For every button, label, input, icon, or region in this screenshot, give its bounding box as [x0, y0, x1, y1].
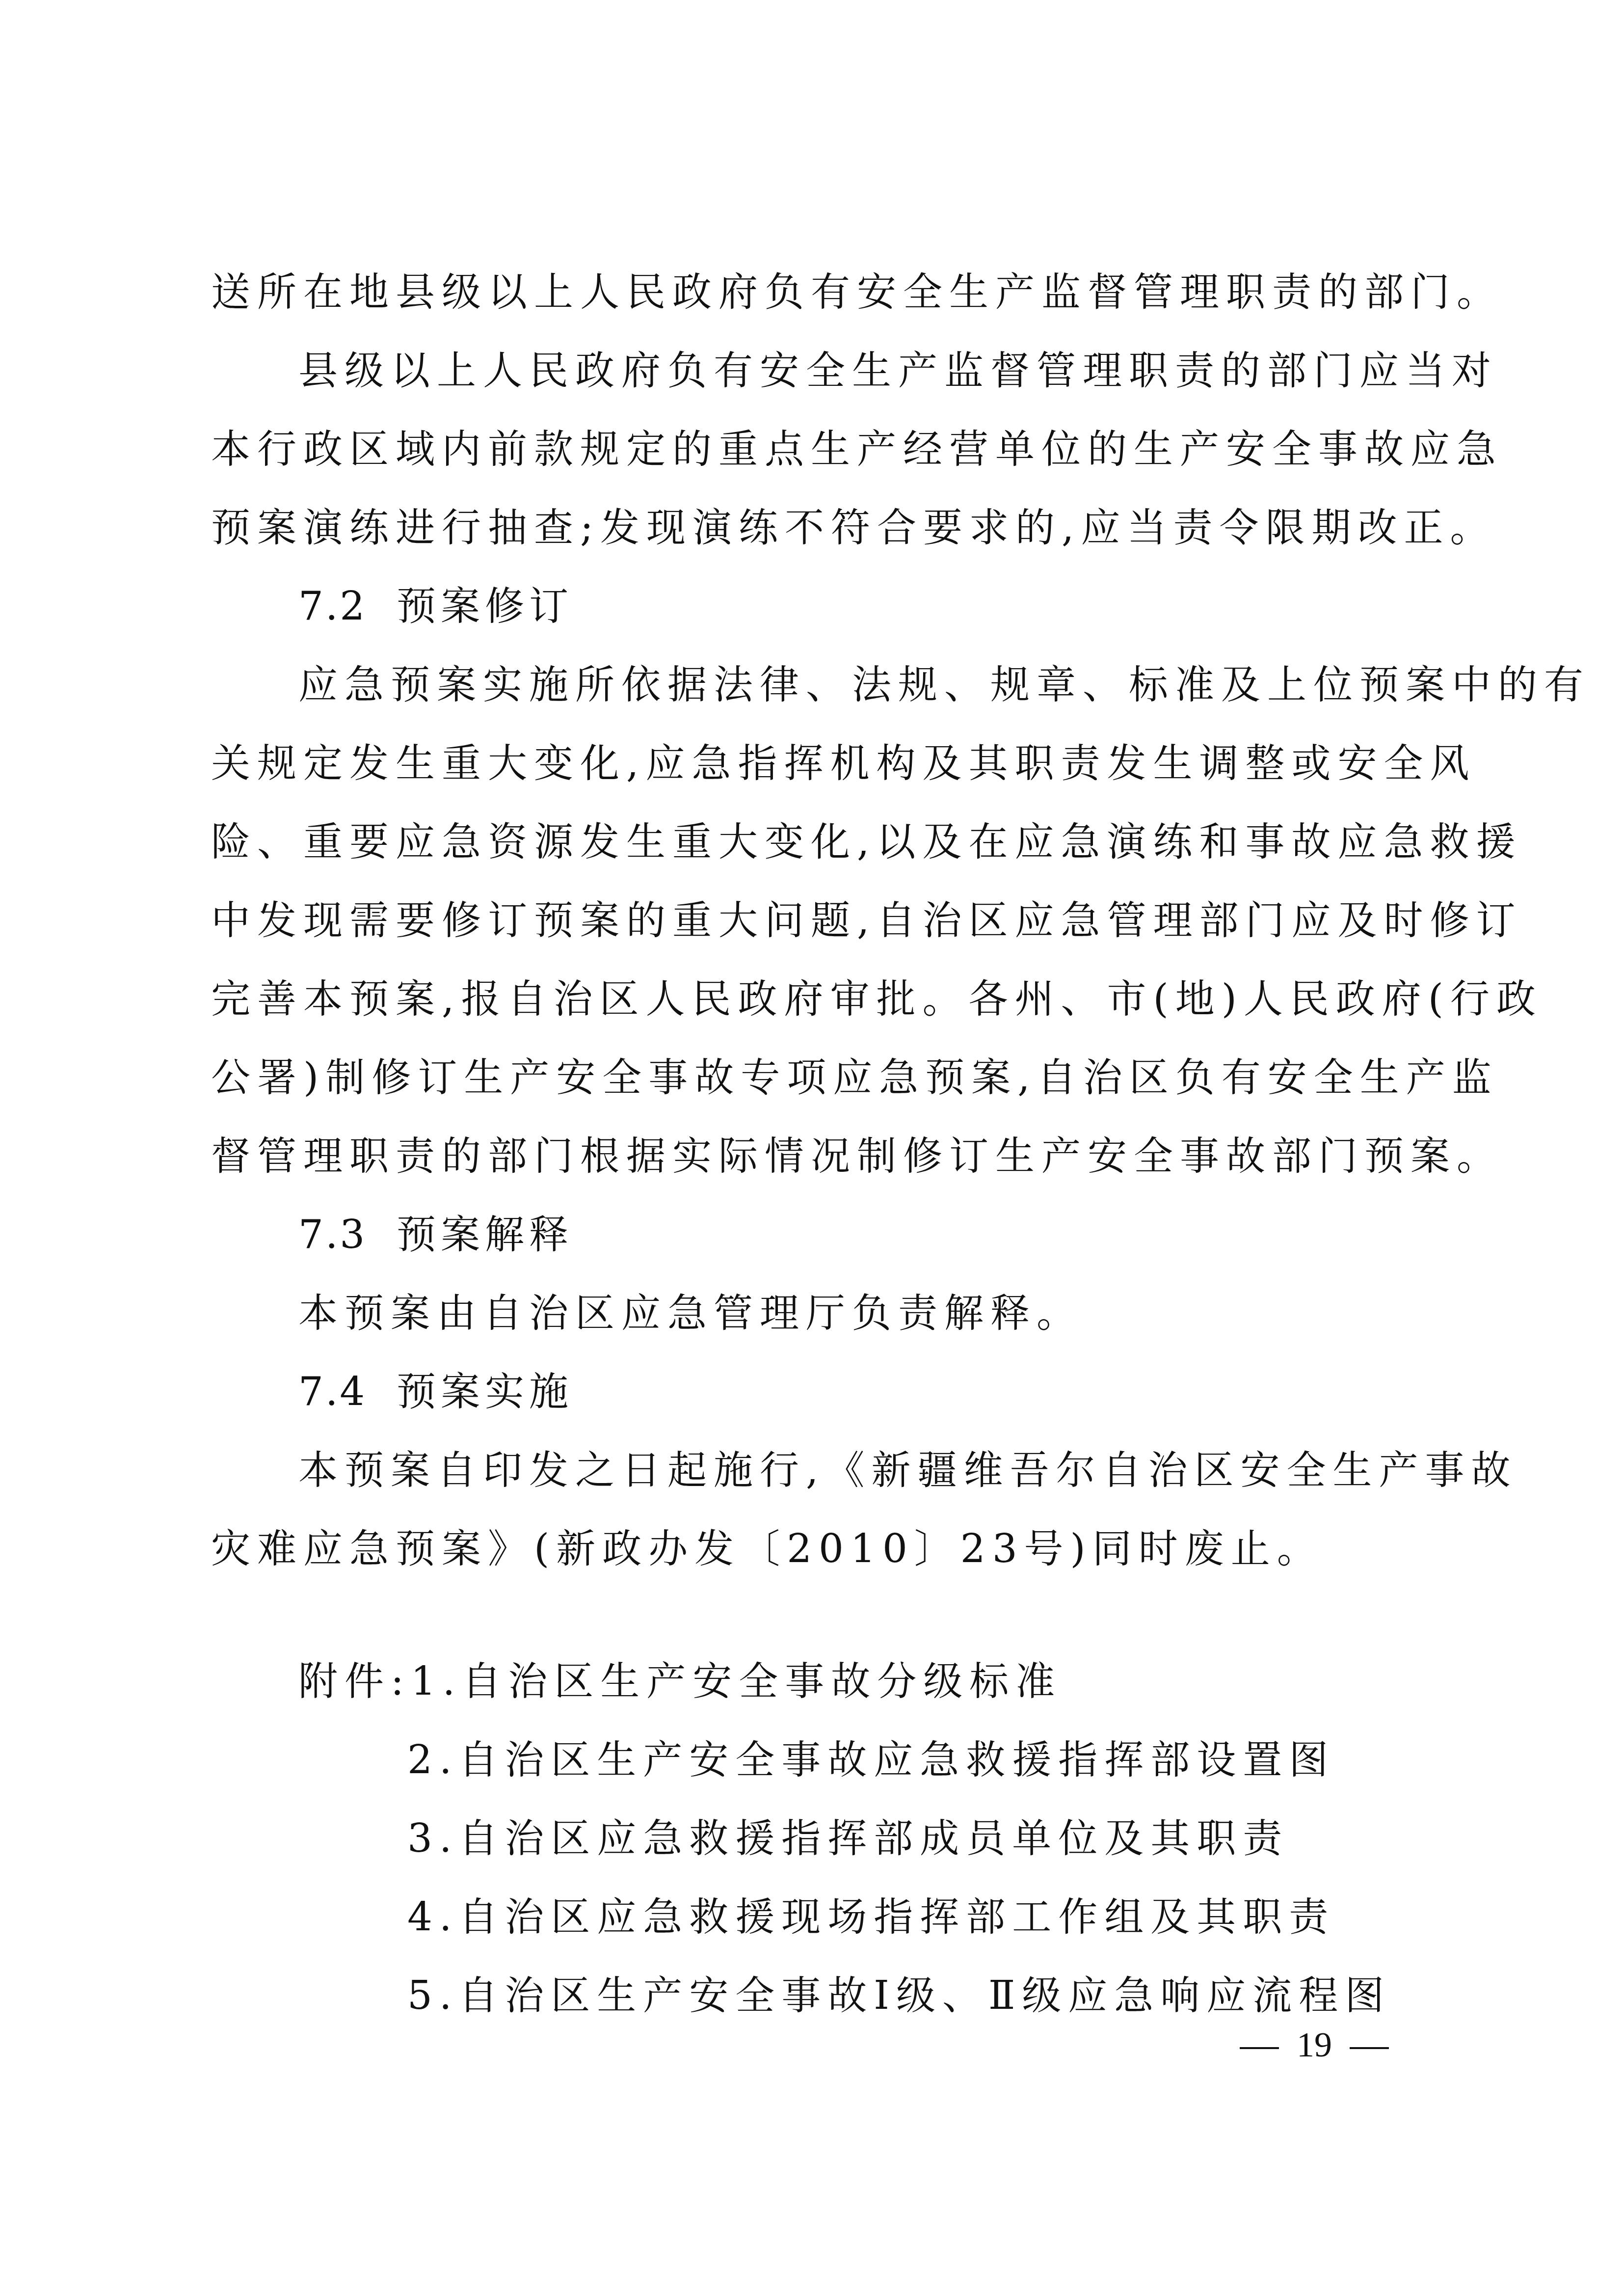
attachment-item: 1.自治区生产安全事故分级标准 [411, 1658, 1062, 1704]
section-number: 7.2 [298, 582, 397, 631]
section-heading-7-2: 7.2预案修订 [298, 582, 1516, 631]
paragraph-line: 公署)制修订生产安全事故专项应急预案,自治区负有安全生产监 [211, 1053, 1428, 1102]
paragraph-line: 应急预案实施所依据法律、法规、规章、标准及上位预案中的有 [298, 660, 1428, 709]
paragraph-line: 关规定发生重大变化,应急指挥机构及其职责发生调整或安全风 [211, 739, 1428, 788]
paragraph-line: 本预案由自治区应急管理厅负责解释。 [298, 1289, 1428, 1338]
dash-right [1350, 2047, 1389, 2049]
page-number: 19 [1222, 2025, 1407, 2064]
section-title: 预案解释 [397, 1212, 573, 1257]
paragraph-line: 本预案自印发之日起施行,《新疆维吾尔自治区安全生产事故 [298, 1446, 1428, 1495]
section-title: 预案修订 [397, 583, 573, 629]
attachment-item: 3.自治区应急救援指挥部成员单位及其职责 [407, 1814, 1623, 1863]
paragraph-line: 完善本预案,报自治区人民政府审批。各州、市(地)人民政府(行政 [211, 974, 1428, 1024]
paragraph-line: 险、重要应急资源发生重大变化,以及在应急演练和事故应急救援 [211, 817, 1428, 866]
attachment-item: 4.自治区应急救援现场指挥部工作组及其职责 [407, 1892, 1623, 1942]
paragraph-line: 中发现需要修订预案的重大问题,自治区应急管理部门应及时修订 [211, 896, 1428, 945]
paragraph-line: 督管理职责的部门根据实际情况制修订生产安全事故部门预案。 [211, 1132, 1428, 1181]
attachments-label: 附件: [298, 1658, 411, 1704]
paragraph-line: 预案演练进行抽查;发现演练不符合要求的,应当责令限期改正。 [211, 503, 1428, 552]
paragraph-line: 本行政区域内前款规定的重点生产经营单位的生产安全事故应急 [211, 425, 1428, 474]
dash-left [1240, 2047, 1279, 2049]
section-number: 7.3 [298, 1210, 397, 1259]
paragraph-line: 灾难应急预案》(新政办发〔2010〕23号)同时废止。 [211, 1524, 1428, 1573]
section-heading-7-4: 7.4预案实施 [298, 1367, 1516, 1416]
section-number: 7.4 [298, 1367, 397, 1416]
paragraph-line: 县级以上人民政府负有安全生产监督管理职责的部门应当对 [298, 346, 1428, 395]
paragraph-line: 送所在地县级以上人民政府负有安全生产监督管理职责的部门。 [211, 268, 1428, 317]
attachments-list: 附件:1.自治区生产安全事故分级标准 [298, 1657, 1516, 1706]
section-heading-7-3: 7.3预案解释 [298, 1210, 1516, 1259]
section-title: 预案实施 [397, 1369, 573, 1414]
attachment-item: 2.自治区生产安全事故应急救援指挥部设置图 [407, 1735, 1623, 1784]
attachment-item: 5.自治区生产安全事故Ⅰ级、Ⅱ级应急响应流程图 [407, 1971, 1623, 2020]
page-number-value: 19 [1297, 2025, 1332, 2064]
